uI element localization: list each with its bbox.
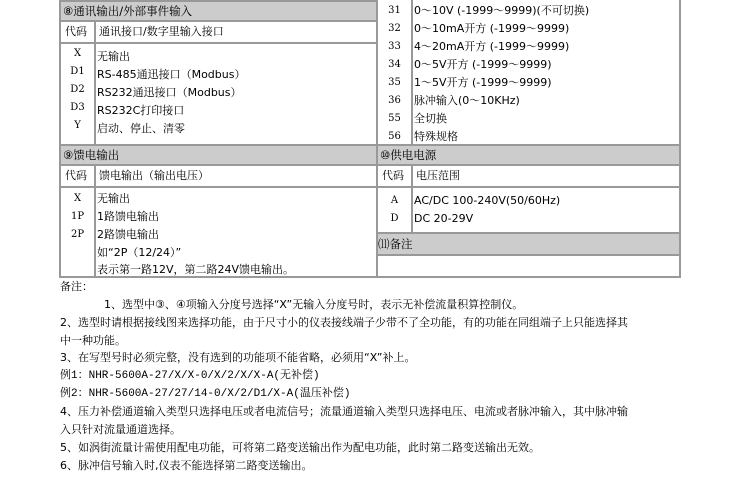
item-desc: 无输出 bbox=[97, 48, 130, 64]
item-desc: 无输出 bbox=[97, 190, 130, 208]
note-line: 4、压力补偿通道输入类型只选择电压或者电流信号；流量通道输入类型只选择电压、电流… bbox=[60, 403, 628, 421]
item-desc: RS232C打印接口 bbox=[97, 102, 184, 118]
list-item: A AC/DC 100-240V(50/60Hz) bbox=[378, 192, 679, 210]
item-code: 2P bbox=[61, 226, 94, 244]
section10-table: ⑩供电电源 代码 电压范围 A AC/DC 100-240V(50/60Hz) … bbox=[376, 144, 681, 278]
note-line: 中一种功能。 bbox=[60, 332, 126, 350]
item-desc: 0～10V (-1999～9999)(不可切换) bbox=[414, 2, 589, 20]
item-code: D bbox=[378, 210, 411, 228]
item-desc: 0～10mA开方 (-1999～9999) bbox=[414, 20, 569, 38]
item-code: 31 bbox=[378, 2, 411, 20]
list-item: D DC 20-29V bbox=[378, 210, 679, 228]
col-code-label: 代码 bbox=[382, 166, 404, 185]
input-types-table: 31 0～10V (-1999～9999)(不可切换) 32 0～10mA开方 … bbox=[376, 0, 681, 146]
note-line: 入只针对流量通道选择。 bbox=[60, 421, 181, 439]
list-item: 34 0～5V开方 (-1999～9999) bbox=[378, 56, 679, 74]
list-item: D3 RS232C打印接口 bbox=[61, 102, 376, 120]
item-desc: 0～5V开方 (-1999～9999) bbox=[414, 56, 552, 74]
item-desc: 1路馈电输出 bbox=[97, 208, 159, 226]
section11-content bbox=[378, 256, 679, 276]
col-desc-label: 电压范围 bbox=[416, 166, 460, 185]
item-code: 35 bbox=[378, 74, 411, 92]
item-code: Y bbox=[61, 120, 94, 131]
item-desc: 如“2P（12/24）” bbox=[97, 244, 181, 262]
section10-title: ⑩供电电源 bbox=[378, 146, 679, 166]
list-item: 35 1～5V开方 (-1999～9999) bbox=[378, 74, 679, 92]
list-item: 31 0～10V (-1999～9999)(不可切换) bbox=[378, 2, 679, 20]
notes-heading: 备注： bbox=[60, 278, 93, 296]
note-example-2: 例2：NHR-5600A-27/27/14-0/X/2/D1/X-A(温压补偿) bbox=[60, 385, 350, 403]
item-desc: 2路馈电输出 bbox=[97, 226, 159, 244]
item-desc: 全切换 bbox=[414, 110, 447, 128]
list-item: 1P 1路馈电输出 bbox=[61, 208, 376, 226]
col-code-label: 代码 bbox=[65, 166, 87, 185]
section8-list: X 无输出 D1 RS-485通迅接口（Modbus） D2 RS232通迅接口… bbox=[61, 44, 376, 144]
item-code: X bbox=[61, 48, 94, 59]
list-item: Y 启动、停止、清零 bbox=[61, 120, 376, 138]
item-desc: 4～20mA开方 (-1999～9999) bbox=[414, 38, 569, 56]
item-desc: RS232通迅接口（Modbus） bbox=[97, 84, 242, 100]
item-code: 55 bbox=[378, 110, 411, 128]
item-code: X bbox=[61, 190, 94, 208]
list-item: D1 RS-485通迅接口（Modbus） bbox=[61, 66, 376, 84]
col-desc-label: 馈电输出（输出电压） bbox=[99, 166, 209, 185]
list-item: 36 脉冲输入(0～10KHz) bbox=[378, 92, 679, 110]
list-item: D2 RS232通迅接口（Modbus） bbox=[61, 84, 376, 102]
list-item: 33 4～20mA开方 (-1999～9999) bbox=[378, 38, 679, 56]
item-desc: AC/DC 100-240V(50/60Hz) bbox=[414, 192, 560, 210]
note-line: 2、选型时请根据接线图来选择功能，由于尺寸小的仪表接线端子少带不了全功能，有的功… bbox=[60, 314, 628, 332]
item-code: D1 bbox=[61, 66, 94, 77]
item-code: D2 bbox=[61, 84, 94, 95]
item-code: D3 bbox=[61, 102, 94, 113]
note-example-1: 例1：NHR-5600A-27/X/X-0/X/2/X/X-A(无补偿) bbox=[60, 367, 320, 385]
note-line: 1、选型中③、④项输入分度号选择“X”无输入分度号时，表示无补偿流量积算控制仪。 bbox=[104, 296, 523, 314]
note-line: 3、在写型号时必须完整，没有选到的功能项不能省略，必须用“X”补上。 bbox=[60, 349, 415, 367]
section8-title: ⑧通讯输出/外部事件输入 bbox=[61, 0, 376, 22]
col-desc-label: 通讯接口/数字里输入接口 bbox=[99, 22, 224, 41]
item-code: 33 bbox=[378, 38, 411, 56]
item-desc: 表示第一路12V，第二路24V馈电输出。 bbox=[97, 262, 294, 278]
note-line: 5、如涡街流量计需使用配电功能，可将第二路变送输出作为配电功能，此时第二路变送输… bbox=[60, 439, 540, 457]
list-item: 表示第一路12V，第二路24V馈电输出。 bbox=[61, 262, 376, 280]
item-code: 34 bbox=[378, 56, 411, 74]
item-desc: 1～5V开方 (-1999～9999) bbox=[414, 74, 552, 92]
section9-column-header: 代码 馈电输出（输出电压） bbox=[61, 166, 376, 188]
col-code-label: 代码 bbox=[65, 22, 87, 41]
section10-column-header: 代码 电压范围 bbox=[378, 166, 679, 188]
section9-table: ⑨馈电输出 代码 馈电输出（输出电压） X 无输出 1P 1路馈电输出 2P 2… bbox=[59, 144, 378, 278]
item-code: 1P bbox=[61, 208, 94, 226]
note-line: 6、脉冲信号输入时,仪表不能选择第二路变送输出。 bbox=[60, 457, 313, 475]
item-code: A bbox=[378, 192, 411, 210]
section9-title: ⑨馈电输出 bbox=[61, 146, 376, 166]
item-code: 36 bbox=[378, 92, 411, 110]
list-item: 55 全切换 bbox=[378, 110, 679, 128]
item-desc: RS-485通迅接口（Modbus） bbox=[97, 66, 245, 82]
item-code: 32 bbox=[378, 20, 411, 38]
section8-table: ⑧通讯输出/外部事件输入 代码 通讯接口/数字里输入接口 X 无输出 D1 RS… bbox=[59, 0, 378, 146]
item-desc: 启动、停止、清零 bbox=[97, 120, 185, 136]
list-item: X 无输出 bbox=[61, 48, 376, 66]
item-desc: 脉冲输入(0～10KHz) bbox=[414, 92, 520, 110]
section8-column-header: 代码 通讯接口/数字里输入接口 bbox=[61, 22, 376, 44]
item-desc: DC 20-29V bbox=[414, 210, 473, 228]
list-item: 如“2P（12/24）” bbox=[61, 244, 376, 262]
list-item: 32 0～10mA开方 (-1999～9999) bbox=[378, 20, 679, 38]
list-item: X 无输出 bbox=[61, 190, 376, 208]
section11-title: ⑾备注 bbox=[378, 232, 679, 256]
list-item: 2P 2路馈电输出 bbox=[61, 226, 376, 244]
